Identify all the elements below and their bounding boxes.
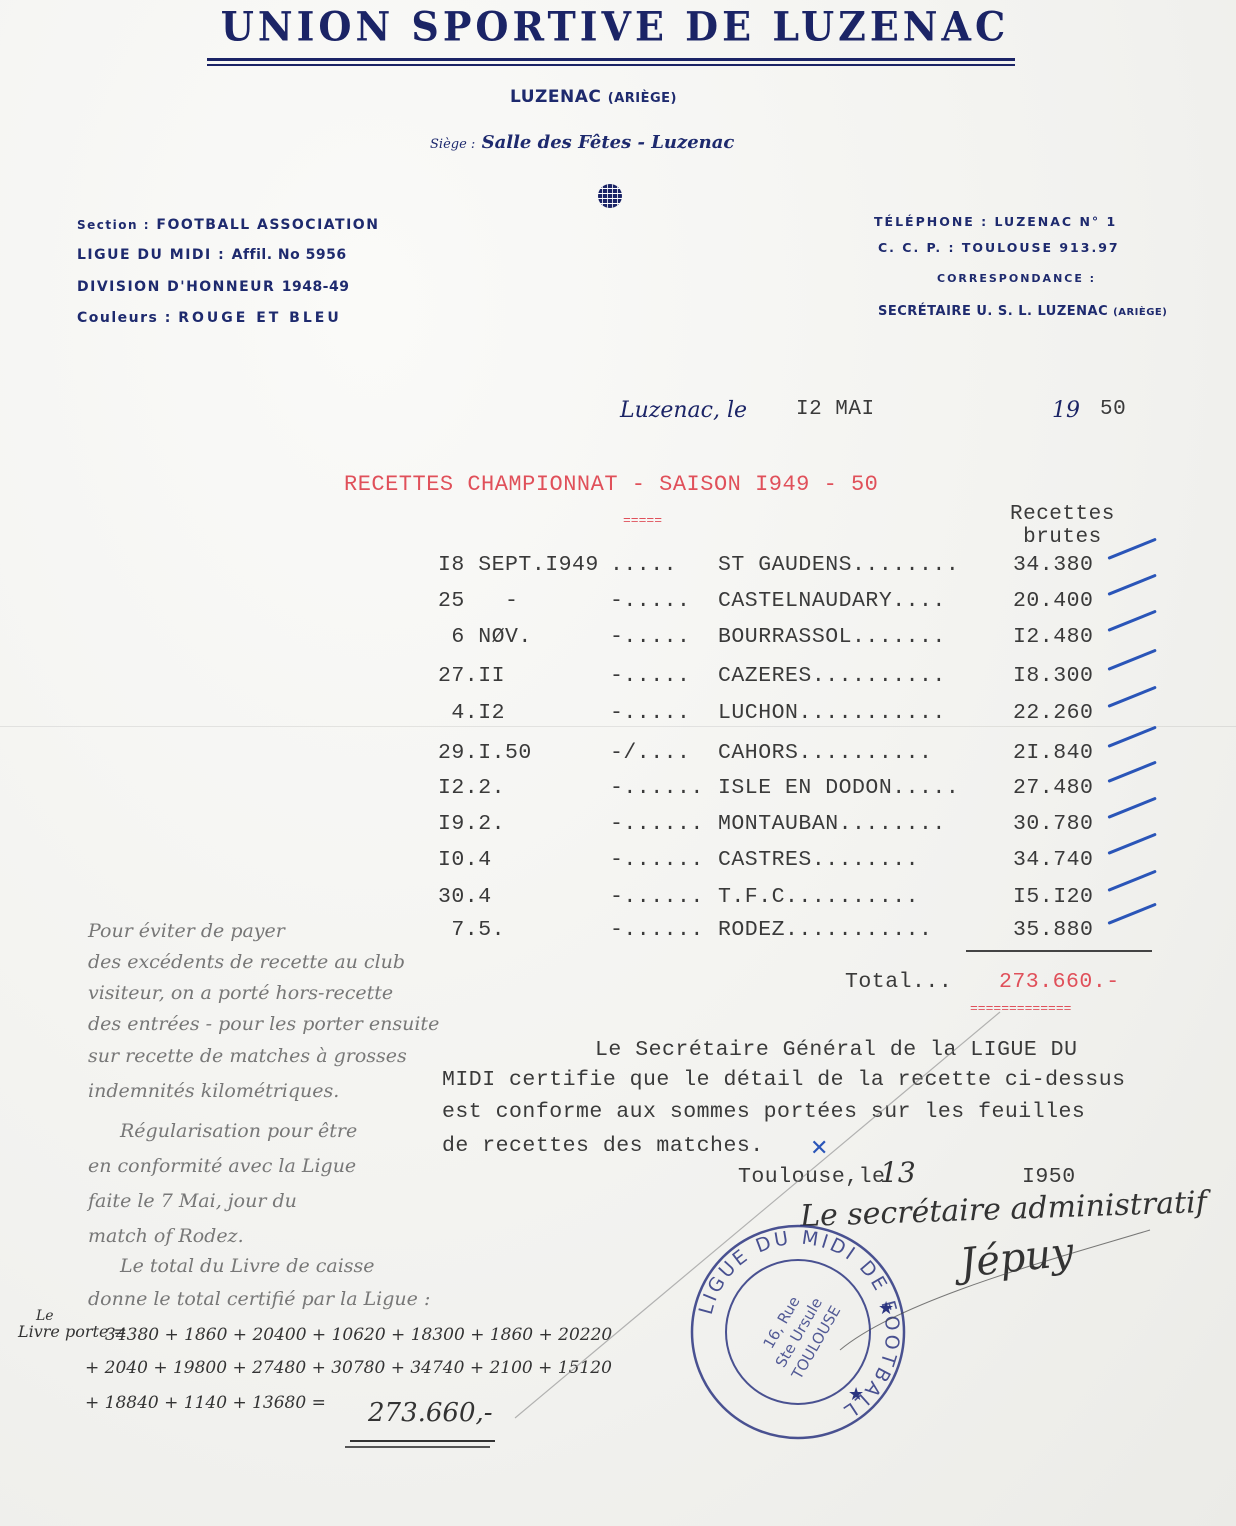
row-leader: ..... xyxy=(610,553,677,577)
receipt-amount: 22.260 xyxy=(1013,701,1093,725)
town-name: LUZENAC xyxy=(510,87,601,107)
amount-column-header: Recettes brutes xyxy=(1010,503,1115,549)
receipt-amount: 2I.840 xyxy=(1013,741,1093,765)
receipt-amount: 30.780 xyxy=(1013,812,1093,836)
note-line: sur recette de matches à grosses xyxy=(88,1045,407,1067)
row-leader: -..... xyxy=(610,664,690,688)
paper-fold-crease xyxy=(0,726,1236,727)
date-place: Luzenac, le xyxy=(620,398,747,423)
match-date: 25 - xyxy=(438,589,518,613)
receipt-amount: 27.480 xyxy=(1013,776,1093,800)
certification-place: Toulouse,le xyxy=(738,1165,885,1189)
date-year-suffix: 50 xyxy=(1100,398,1126,421)
opponent-name: CAHORS.......... xyxy=(718,741,932,765)
row-leader: -...... xyxy=(610,918,704,942)
match-date: I8 SEPT.I949 xyxy=(438,553,599,577)
total-rule xyxy=(966,950,1152,952)
note-line: en conformité avec la Ligue xyxy=(88,1155,356,1177)
note-line: Pour éviter de payer xyxy=(88,920,285,942)
certification-line: MIDI certifie que le détail de la recett… xyxy=(442,1068,1126,1092)
correspondance-label: CORRESPONDANCE : xyxy=(937,272,1096,285)
certification-line: Le Secrétaire Général de la LIGUE DU xyxy=(595,1038,1077,1062)
checkmark-icon xyxy=(1107,649,1156,671)
row-leader: -...... xyxy=(610,776,704,800)
opponent-name: ST GAUDENS........ xyxy=(718,553,959,577)
opponent-name: ISLE EN DODON..... xyxy=(718,776,959,800)
receipt-amount: 34.380 xyxy=(1013,553,1093,577)
match-date: 6 NØV. xyxy=(438,625,532,649)
note-line: faite le 7 Mai, jour du xyxy=(88,1190,297,1212)
opponent-name: MONTAUBAN........ xyxy=(718,812,946,836)
opponent-name: LUCHON........... xyxy=(718,701,946,725)
note-line: donne le total certifié par la Ligue : xyxy=(88,1288,430,1310)
colors-line: Couleurs : ROUGE ET BLEU xyxy=(77,310,342,326)
sum-underline xyxy=(345,1446,490,1448)
siege-value: Salle des Fêtes - Luzenac xyxy=(482,132,735,153)
checkmark-icon xyxy=(1107,610,1156,632)
date-year-prefix: 19 xyxy=(1052,398,1080,423)
league-affiliation-line: LIGUE DU MIDI : Affil. No 5956 xyxy=(77,247,347,263)
opponent-name: CASTELNAUDARY.... xyxy=(718,589,946,613)
match-date: 29.I.50 xyxy=(438,741,532,765)
header-rule xyxy=(207,64,1015,66)
opponent-name: CAZERES.......... xyxy=(718,664,946,688)
total-label: Total... xyxy=(845,970,952,994)
checkmark-icon xyxy=(1107,538,1156,560)
star-icon: ★ xyxy=(848,1384,864,1404)
siege-line: Siège : Salle des Fêtes - Luzenac xyxy=(430,132,734,153)
match-date: 30.4 xyxy=(438,885,492,909)
note-line: des excédents de recette au club xyxy=(88,951,405,973)
opponent-name: BOURRASSOL....... xyxy=(718,625,946,649)
checkmark-icon xyxy=(1107,686,1156,708)
telephone-line: TÉLÉPHONE : LUZENAC N° 1 xyxy=(874,214,1117,229)
certification-line: de recettes des matches. xyxy=(442,1134,764,1158)
opponent-name: RODEZ........... xyxy=(718,918,932,942)
total-value: 273.660.- xyxy=(999,970,1120,994)
match-date: I2.2. xyxy=(438,776,505,800)
sum-underline xyxy=(350,1440,495,1442)
note-line: Régularisation pour être xyxy=(120,1120,357,1142)
row-leader: -...... xyxy=(610,885,704,909)
row-leader: -..... xyxy=(610,589,690,613)
receipt-amount: 34.740 xyxy=(1013,848,1093,872)
correspondance-address: SECRÉTAIRE U. S. L. LUZENAC (ARIÈGE) xyxy=(878,304,1167,319)
checkmark-icon xyxy=(1107,726,1156,748)
note-line: des entrées - pour les porter ensuite xyxy=(88,1013,439,1035)
town-region: (ARIÈGE) xyxy=(608,91,677,106)
club-name-heading: UNION SPORTIVE DE LUZENAC xyxy=(210,3,1020,50)
sum-total: 273.660,- xyxy=(368,1398,493,1428)
total-underline: ============= xyxy=(970,1001,1071,1016)
report-title-underline: ===== xyxy=(623,513,662,528)
receipt-amount: I8.300 xyxy=(1013,664,1093,688)
signature: Jépuy xyxy=(958,1229,1076,1287)
note-line: match of Rodez. xyxy=(88,1225,244,1247)
report-title: RECETTES CHAMPIONNAT - SAISON I949 - 50 xyxy=(344,472,878,497)
row-leader: -..... xyxy=(610,701,690,725)
receipt-amount: 35.880 xyxy=(1013,918,1093,942)
globe-icon xyxy=(598,184,622,208)
match-date: I9.2. xyxy=(438,812,505,836)
match-date: 4.I2 xyxy=(438,701,505,725)
note-line: visiteur, on a porté hors-recette xyxy=(88,982,393,1004)
note-line: Le total du Livre de caisse xyxy=(120,1255,375,1277)
date-day-month: I2 MAI xyxy=(796,398,875,421)
cross-mark-icon: ✕ xyxy=(810,1136,828,1161)
opponent-name: CASTRES........ xyxy=(718,848,919,872)
ccp-line: C. C. P. : TOULOUSE 913.97 xyxy=(878,240,1120,255)
star-icon: ★ xyxy=(878,1298,894,1318)
checkmark-icon xyxy=(1107,870,1156,892)
checkmark-icon xyxy=(1107,761,1156,783)
row-leader: -..... xyxy=(610,625,690,649)
siege-label: Siège : xyxy=(430,137,475,152)
checkmark-icon xyxy=(1107,833,1156,855)
receipt-amount: 20.400 xyxy=(1013,589,1093,613)
receipt-amount: I5.I20 xyxy=(1013,885,1093,909)
opponent-name: T.F.C.......... xyxy=(718,885,919,909)
section-line: Section : FOOTBALL ASSOCIATION xyxy=(77,217,379,233)
sum-line: + 18840 + 1140 + 13680 = xyxy=(85,1393,326,1413)
row-leader: -...... xyxy=(610,848,704,872)
receipt-amount: I2.480 xyxy=(1013,625,1093,649)
note-line: indemnités kilométriques. xyxy=(88,1080,339,1102)
town-line: LUZENAC (ARIÈGE) xyxy=(510,87,677,107)
match-date: 7.5. xyxy=(438,918,505,942)
match-date: 27.II xyxy=(438,664,505,688)
division-line: DIVISION D'HONNEUR 1948-49 xyxy=(77,279,349,295)
match-date: I0.4 xyxy=(438,848,492,872)
row-leader: -/.... xyxy=(610,741,690,765)
row-leader: -...... xyxy=(610,812,704,836)
certification-year: I950 xyxy=(1022,1165,1076,1189)
checkmark-icon xyxy=(1107,797,1156,819)
certification-line: est conforme aux sommes portées sur les … xyxy=(442,1100,1085,1124)
sum-line: 34380 + 1860 + 20400 + 10620 + 18300 + 1… xyxy=(105,1325,612,1345)
checkmark-icon xyxy=(1107,574,1156,596)
league-stamp: LIGUE DU MIDI DE FOOTBALL 16, Rue Ste Ur… xyxy=(688,1222,908,1442)
sum-line: + 2040 + 19800 + 27480 + 30780 + 34740 +… xyxy=(85,1358,612,1378)
checkmark-icon xyxy=(1107,903,1156,925)
header-rule xyxy=(207,58,1015,61)
certification-day: 13 xyxy=(880,1156,916,1189)
